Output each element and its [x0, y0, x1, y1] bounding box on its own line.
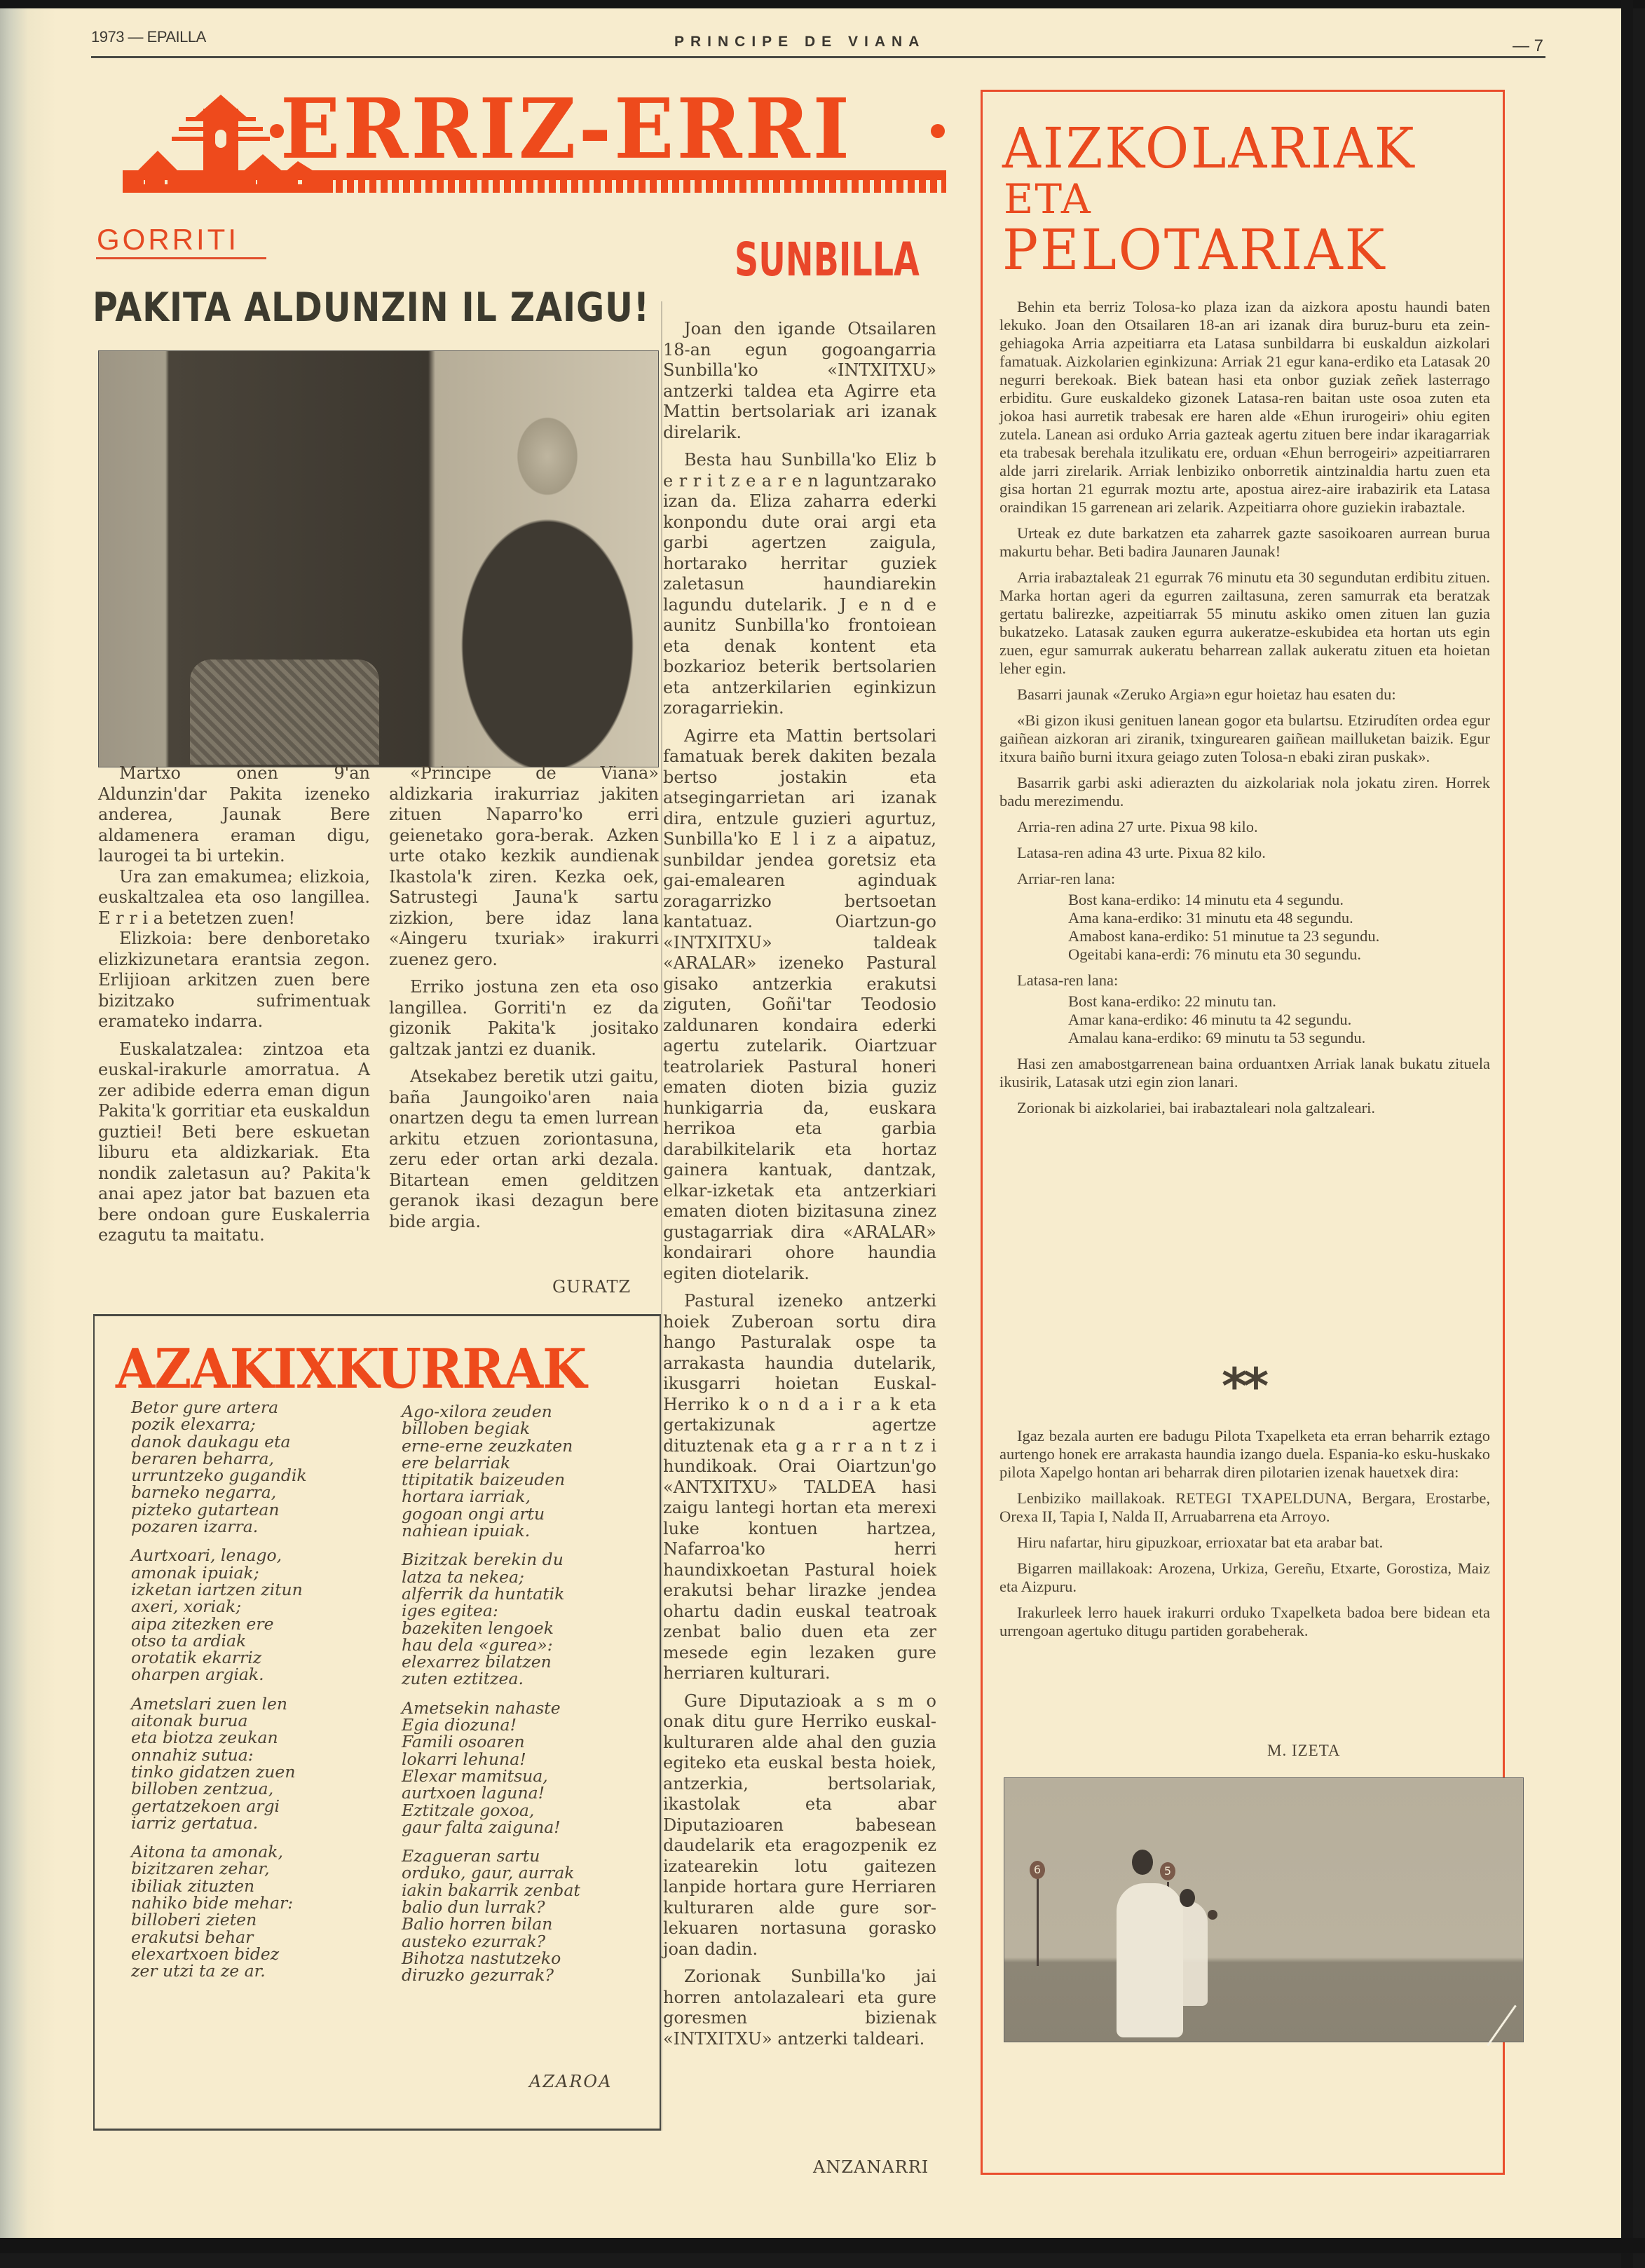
- poem-column-1: Betor gure artera pozik elexarra; danok …: [131, 1399, 369, 1992]
- paragraph: Zorionak bi aizkolariei, bai irabaztalea…: [999, 1099, 1490, 1117]
- section-banner: ERRIZ-ERRI: [116, 81, 950, 200]
- photo-pelota-players: 6 5: [1004, 1777, 1524, 2042]
- paragraph: Arria irabaztaleak 21 egurrak 76 minutu …: [999, 568, 1490, 678]
- time-entry: Amar kana-erdiko: 46 minutu ta 42 segund…: [999, 1011, 1490, 1029]
- verse: alferrik da huntatik: [402, 1585, 640, 1602]
- signature-m-izeta: M. IZETA: [1267, 1742, 1341, 1760]
- verse: Elexar mamitsua,: [402, 1768, 640, 1784]
- verse: zuten eztitzea.: [402, 1670, 640, 1687]
- paragraph: Irakurleek lerro hauek irakurri orduko T…: [999, 1604, 1490, 1640]
- time-entry: Bost kana-erdiko: 14 minutu eta 4 segund…: [999, 891, 1490, 909]
- poem-stanza: Aurtxoari, lenago, amonak ipuiak; izketa…: [131, 1547, 369, 1683]
- verse: elexarrez bilatzen: [402, 1653, 640, 1670]
- verse: aitonak burua: [131, 1712, 369, 1729]
- time-entry: Ama kana-erdiko: 31 minutu eta 48 segund…: [999, 909, 1490, 927]
- paragraph: Erriko jostuna zen eta oso langillea. Go…: [389, 977, 659, 1060]
- stat-line: Latasa-ren adina 43 urte. Pixua 82 kilo.: [999, 844, 1490, 862]
- verse: billoberi zieten: [131, 1911, 369, 1928]
- pilota-body: Igaz bezala aurten ere badugu Pilota Txa…: [999, 1427, 1490, 1648]
- signature-azaroa: AZAROA: [529, 2072, 612, 2091]
- paragraph: Joan den igande Otsailaren 18-an egun go…: [663, 319, 936, 443]
- signature-anzanarri: ANZANARRI: [813, 2157, 929, 2177]
- verse: oharpen argiak.: [131, 1666, 369, 1683]
- arria-times-label: Arriar-ren lana:: [999, 870, 1490, 888]
- newspaper-page: 1973 — EPAILLA PRINCIPE DE VIANA — 7: [0, 0, 1633, 2253]
- player-back: [1166, 1901, 1208, 2006]
- pelota-ball: [1208, 1910, 1217, 1920]
- photo-elderly-woman: [98, 350, 659, 767]
- publication-name: PRINCIPE DE VIANA: [674, 34, 925, 50]
- verse: erne-erne zeuzkaten: [402, 1437, 640, 1454]
- verse: tinko gidatzen zuen: [131, 1763, 369, 1780]
- verse: nahiko bide mehar:: [131, 1894, 369, 1911]
- time-entry: Bost kana-erdiko: 22 minutu tan.: [999, 992, 1490, 1011]
- verse: Betor gure artera: [131, 1399, 369, 1416]
- poem-stanza: Ametslari zuen len aitonak burua eta bio…: [131, 1695, 369, 1831]
- verse: Aitona ta amonak,: [131, 1843, 369, 1860]
- verse: zer utzi ta ze ar.: [131, 1962, 369, 1979]
- player-back-head: [1180, 1889, 1195, 1907]
- poem-stanza: Aitona ta amonak, bizitzaren zehar, ibil…: [131, 1843, 369, 1979]
- verse: ttipitatik baizeuden: [402, 1471, 640, 1488]
- verse: billoben begiak: [402, 1420, 640, 1437]
- paragraph: Bigarren maillakoak: Arozena, Urkiza, Ge…: [999, 1559, 1490, 1596]
- column-divider: [661, 301, 662, 2131]
- sunbilla-column: Joan den igande Otsailaren 18-an egun go…: [663, 319, 936, 2056]
- paragraph: Euskalatzalea: zintzoa eta euskal-irakur…: [98, 1039, 370, 1246]
- verse: danok daukagu eta: [131, 1433, 369, 1450]
- verse: erakutsi behar: [131, 1929, 369, 1946]
- poem-stanza: Betor gure artera pozik elexarra; danok …: [131, 1399, 369, 1535]
- verse: diruzko gezurrak?: [402, 1967, 640, 1983]
- verse: elexartxoen bidez: [131, 1946, 369, 1962]
- scan-edge-bottom: [0, 2238, 1645, 2253]
- court-line: [1487, 2004, 1517, 2046]
- poem-stanza: Ezagueran sartu orduko, gaur, aurrak iak…: [402, 1847, 640, 1983]
- verse: latza ta nekea;: [402, 1569, 640, 1585]
- scan-edge-top: [0, 0, 1645, 8]
- verse: ibiliak zituzten: [131, 1878, 369, 1894]
- verse: Ezagueran sartu: [402, 1847, 640, 1864]
- article-headline: PAKITA ALDUNZIN IL ZAIGU!: [93, 285, 650, 331]
- signature-guratz: GURATZ: [552, 1277, 631, 1297]
- verse: axeri, xoriak;: [131, 1598, 369, 1615]
- verse: pizteko gutartean: [131, 1501, 369, 1518]
- header-rule: [91, 56, 1545, 58]
- time-entry: Amabost kana-erdiko: 51 minutue ta 23 se…: [999, 927, 1490, 945]
- paragraph: Gure Diputazioak a s m o onak ditu gure …: [663, 1691, 936, 1960]
- verse: eta biotza zeukan: [131, 1729, 369, 1746]
- scan-edge-right: [1621, 0, 1633, 2268]
- gorriti-column-2: «Principe de Viana» aldizkaria irakurria…: [389, 763, 659, 1239]
- verse: pozaren izarra.: [131, 1518, 369, 1535]
- section-separator-asterisks: **: [1222, 1365, 1264, 1407]
- paragraph: Hasi zen amabostgarrenean baina orduantx…: [999, 1055, 1490, 1091]
- paragraph: Pastural izeneko antzerki hoiek Zuberoan…: [663, 1291, 936, 1684]
- banner-fringe: [123, 177, 946, 193]
- page-number: — 7: [1513, 36, 1543, 56]
- paragraph: Zorionak Sunbilla'ko jai horren antolaza…: [663, 1967, 936, 2049]
- verse: izketan iartzen zitun: [131, 1581, 369, 1598]
- poem-column-2: Ago-xilora zeuden billoben begiak erne-e…: [402, 1403, 640, 1996]
- player-front-head: [1132, 1850, 1153, 1875]
- paragraph: Atsekabez beretik utzi gaitu, baña Jaung…: [389, 1067, 659, 1232]
- paragraph: Besta hau Sunbilla'ko Eliz b e r r i t z…: [663, 450, 936, 719]
- verse: Ago-xilora zeuden: [402, 1403, 640, 1420]
- paragraph: «Principe de Viana» aldizkaria irakurria…: [389, 763, 659, 970]
- paragraph: Lenbiziko maillakoak. RETEGI TXAPELDUNA,…: [999, 1489, 1490, 1526]
- poem-box: AZAKIXKURRAK Betor gure artera pozik ele…: [93, 1314, 661, 2131]
- verse: Balio horren bilan: [402, 1915, 640, 1932]
- verse: iakin bakarrik zenbat: [402, 1882, 640, 1899]
- verse: onnahiz sutua:: [131, 1747, 369, 1763]
- paragraph: Behin eta berriz Tolosa-ko plaza izan da…: [999, 298, 1490, 517]
- verse: hau dela «gurea»:: [402, 1637, 640, 1653]
- aizkolariak-body: Behin eta berriz Tolosa-ko plaza izan da…: [999, 298, 1490, 1125]
- verse: urruntzeko gugandik: [131, 1467, 369, 1484]
- verse: lokarri lehuna!: [402, 1751, 640, 1768]
- section-title-sunbilla: SUNBILLA: [735, 233, 920, 287]
- verse: orduko, gaur, aurrak: [402, 1864, 640, 1881]
- time-entry: Ogeitabi kana-erdi: 76 minutu eta 30 seg…: [999, 945, 1490, 964]
- article-title-line-2: ETA: [1004, 175, 1092, 223]
- verse: iarriz gertatua.: [131, 1815, 369, 1831]
- verse: Egia diozuna!: [402, 1716, 640, 1733]
- verse: amonak ipuiak;: [131, 1564, 369, 1581]
- poem-title: AZAKIXKURRAK: [116, 1337, 586, 1401]
- quote-paragraph: «Bi gizon ikusi genituen lanean gogor et…: [999, 711, 1490, 766]
- verse: aurtxoen laguna!: [402, 1784, 640, 1801]
- verse: balio dun lurrak?: [402, 1899, 640, 1915]
- poem-stanza: Ago-xilora zeuden billoben begiak erne-e…: [402, 1403, 640, 1539]
- verse: gertatzekoen argi: [131, 1798, 369, 1815]
- verse: bazekiten lengoek: [402, 1620, 640, 1637]
- section-label-underline: [96, 257, 266, 259]
- court-marker: 5: [1160, 1862, 1175, 1880]
- verse: gaur falta zaiguna!: [402, 1819, 640, 1836]
- poem-stanza: Bizitzak berekin du latza ta nekea; alfe…: [402, 1551, 640, 1687]
- issue-date: 1973 — EPAILLA: [91, 28, 206, 46]
- verse: pozik elexarra;: [131, 1416, 369, 1433]
- paragraph: Martxo onen 9'an Aldunzin'dar Pakita ize…: [98, 763, 370, 867]
- verse: Bizitzak berekin du: [402, 1551, 640, 1568]
- paragraph: Igaz bezala aurten ere badugu Pilota Txa…: [999, 1427, 1490, 1482]
- banner-dot-right: [931, 124, 945, 138]
- verse: Ametsekin nahaste: [402, 1700, 640, 1716]
- stat-line: Arria-ren adina 27 urte. Pixua 98 kilo.: [999, 818, 1490, 836]
- paragraph: Basarrik garbi aski adierazten du aizkol…: [999, 774, 1490, 810]
- court-marker: 6: [1030, 1861, 1045, 1879]
- verse: austeko ezurrak?: [402, 1933, 640, 1950]
- verse: Ametslari zuen len: [131, 1695, 369, 1712]
- verse: orotatik ekarriz: [131, 1649, 369, 1666]
- verse: otso ta ardiak: [131, 1632, 369, 1649]
- verse: gogoan ongi artu: [402, 1505, 640, 1522]
- time-entry: Amalau kana-erdiko: 69 minutu ta 53 segu…: [999, 1029, 1490, 1047]
- section-label-gorriti: GORRITI: [97, 223, 239, 257]
- verse: billoben zentzua,: [131, 1780, 369, 1797]
- paragraph: Agirre eta Mattin bertsolari famatuak be…: [663, 726, 936, 1285]
- court-pole: [1037, 1876, 1039, 1966]
- photo-basket: [190, 660, 379, 765]
- verse: Aurtxoari, lenago,: [131, 1547, 369, 1564]
- paragraph: Basarri jaunak «Zeruko Argia»n egur hoie…: [999, 685, 1490, 704]
- verse: Famili osoaren: [402, 1733, 640, 1750]
- latasa-times-label: Latasa-ren lana:: [999, 971, 1490, 990]
- article-title-line-3: PELOTARIAK: [1002, 217, 1386, 282]
- paragraph: Elizkoia: bere denboretako elizkizunetar…: [98, 929, 370, 1032]
- verse: barneko negarra,: [131, 1484, 369, 1501]
- paragraph: Ura zan emakumea; elizkoia, euskaltzalea…: [98, 867, 370, 929]
- verse: bizitzaren zehar,: [131, 1860, 369, 1877]
- verse: nahiean ipuiak.: [402, 1522, 640, 1539]
- article-title-line-1: AIZKOLARIAK: [1002, 116, 1416, 181]
- paragraph: Urteak ez dute barkatzen eta zaharrek ga…: [999, 524, 1490, 561]
- verse: Bihotza nastutzeko: [402, 1950, 640, 1967]
- banner-title: ERRIZ-ERRI: [280, 78, 852, 182]
- paragraph: Hiru nafartar, hiru gipuzkoar, errioxata…: [999, 1533, 1490, 1552]
- gorriti-column-1: Martxo onen 9'an Aldunzin'dar Pakita ize…: [98, 763, 370, 1253]
- verse: aipa zitezken ere: [131, 1615, 369, 1632]
- verse: Eztitzale goxoa,: [402, 1802, 640, 1819]
- verse: hortara iarriak,: [402, 1488, 640, 1505]
- verse: iges egitea:: [402, 1602, 640, 1619]
- verse: beraren beharra,: [131, 1450, 369, 1467]
- poem-stanza: Ametsekin nahaste Egia diozuna! Famili o…: [402, 1700, 640, 1836]
- verse: ere belarriak: [402, 1454, 640, 1471]
